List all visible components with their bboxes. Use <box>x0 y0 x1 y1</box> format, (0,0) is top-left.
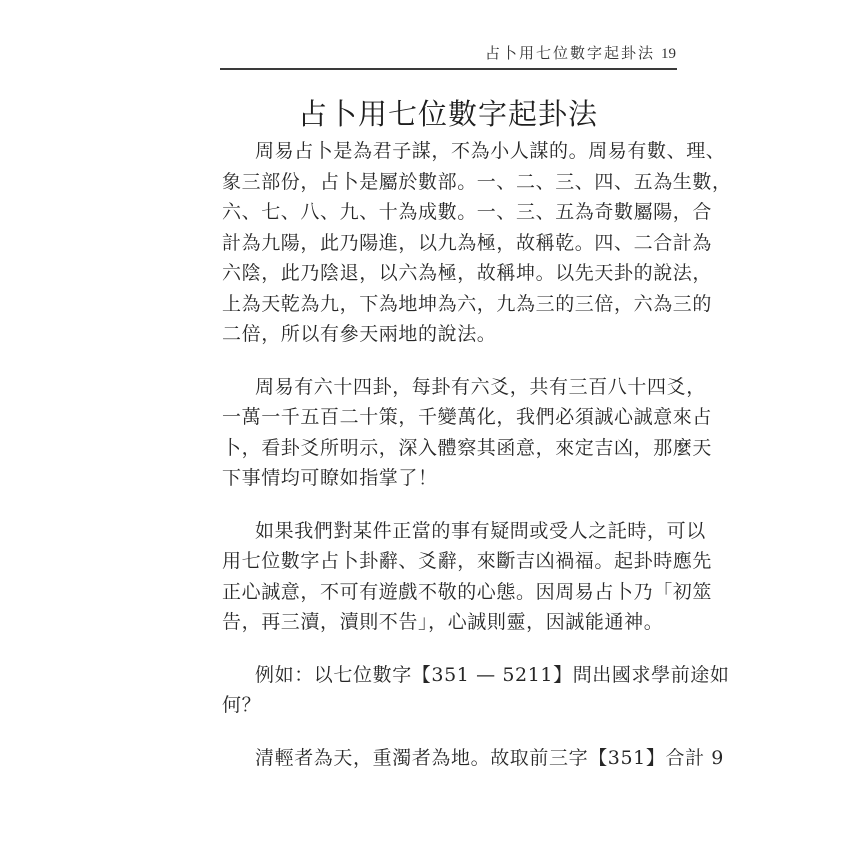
text-line: 六、七、八、九、十為成數。一、三、五為奇數屬陽，合 <box>222 197 682 228</box>
text-line: 下事情均可瞭如指掌了！ <box>222 463 682 494</box>
paragraph-4: 例如：以七位數字【351 — 5211】問出國求學前途如 何？ <box>222 660 682 721</box>
text-line: 如果我們對某件正當的事有疑問或受人之託時，可以 <box>222 516 682 547</box>
page-number: 19 <box>661 46 676 62</box>
text-line: 周易占卜是為君子謀，不為小人謀的。周易有數、理、 <box>222 136 682 167</box>
text-line: 象三部份，占卜是屬於數部。一、二、三、四、五為生數， <box>222 167 682 198</box>
paragraph-1: 周易占卜是為君子謀，不為小人謀的。周易有數、理、 象三部份，占卜是屬於數部。一、… <box>222 136 682 350</box>
running-header: 占卜用七位數字起卦法19 <box>220 42 676 62</box>
paragraph-gap <box>222 638 682 660</box>
chapter-title: 占卜用七位數字起卦法 <box>220 92 676 133</box>
paragraph-2: 周易有六十四卦，每卦有六爻，共有三百八十四爻， 一萬一千五百二十策，千變萬化，我… <box>222 372 682 494</box>
text-line: 清輕者為天，重濁者為地。故取前三字【351】合計 9 <box>222 743 682 774</box>
text-line: 告，再三瀆，瀆則不告」，心誠則靈，因誠能通神。 <box>222 607 682 638</box>
text-line: 六陰，此乃陰退，以六為極，故稱坤。以先天卦的說法， <box>222 258 682 289</box>
text-line: 二倍，所以有參天兩地的說法。 <box>222 319 682 350</box>
text-line: 卜，看卦爻所明示，深入體察其函意，來定吉凶，那麼天 <box>222 433 682 464</box>
text-line: 例如：以七位數字【351 — 5211】問出國求學前途如 <box>222 660 682 691</box>
text-line: 一萬一千五百二十策，千變萬化，我們必須誠心誠意來占 <box>222 402 682 433</box>
paragraph-gap <box>222 721 682 743</box>
text-line: 上為天乾為九，下為地坤為六，九為三的三倍，六為三的 <box>222 289 682 320</box>
text-line: 周易有六十四卦，每卦有六爻，共有三百八十四爻， <box>222 372 682 403</box>
text-line: 何？ <box>222 690 682 721</box>
body-text: 周易占卜是為君子謀，不為小人謀的。周易有數、理、 象三部份，占卜是屬於數部。一、… <box>222 136 682 773</box>
header-rule <box>220 68 677 70</box>
running-header-title: 占卜用七位數字起卦法 <box>485 44 655 62</box>
text-line: 正心誠意，不可有遊戲不敬的心態。因周易占卜乃「初筮 <box>222 577 682 608</box>
text-line: 計為九陽，此乃陽進，以九為極，故稱乾。四、二合計為 <box>222 228 682 259</box>
book-page: 占卜用七位數字起卦法19 占卜用七位數字起卦法 周易占卜是為君子謀，不為小人謀的… <box>0 0 850 850</box>
paragraph-gap <box>222 350 682 372</box>
paragraph-3: 如果我們對某件正當的事有疑問或受人之託時，可以 用七位數字占卜卦辭、爻辭，來斷吉… <box>222 516 682 638</box>
paragraph-5: 清輕者為天，重濁者為地。故取前三字【351】合計 9 <box>222 743 682 774</box>
paragraph-gap <box>222 494 682 516</box>
text-line: 用七位數字占卜卦辭、爻辭，來斷吉凶禍福。起卦時應先 <box>222 546 682 577</box>
